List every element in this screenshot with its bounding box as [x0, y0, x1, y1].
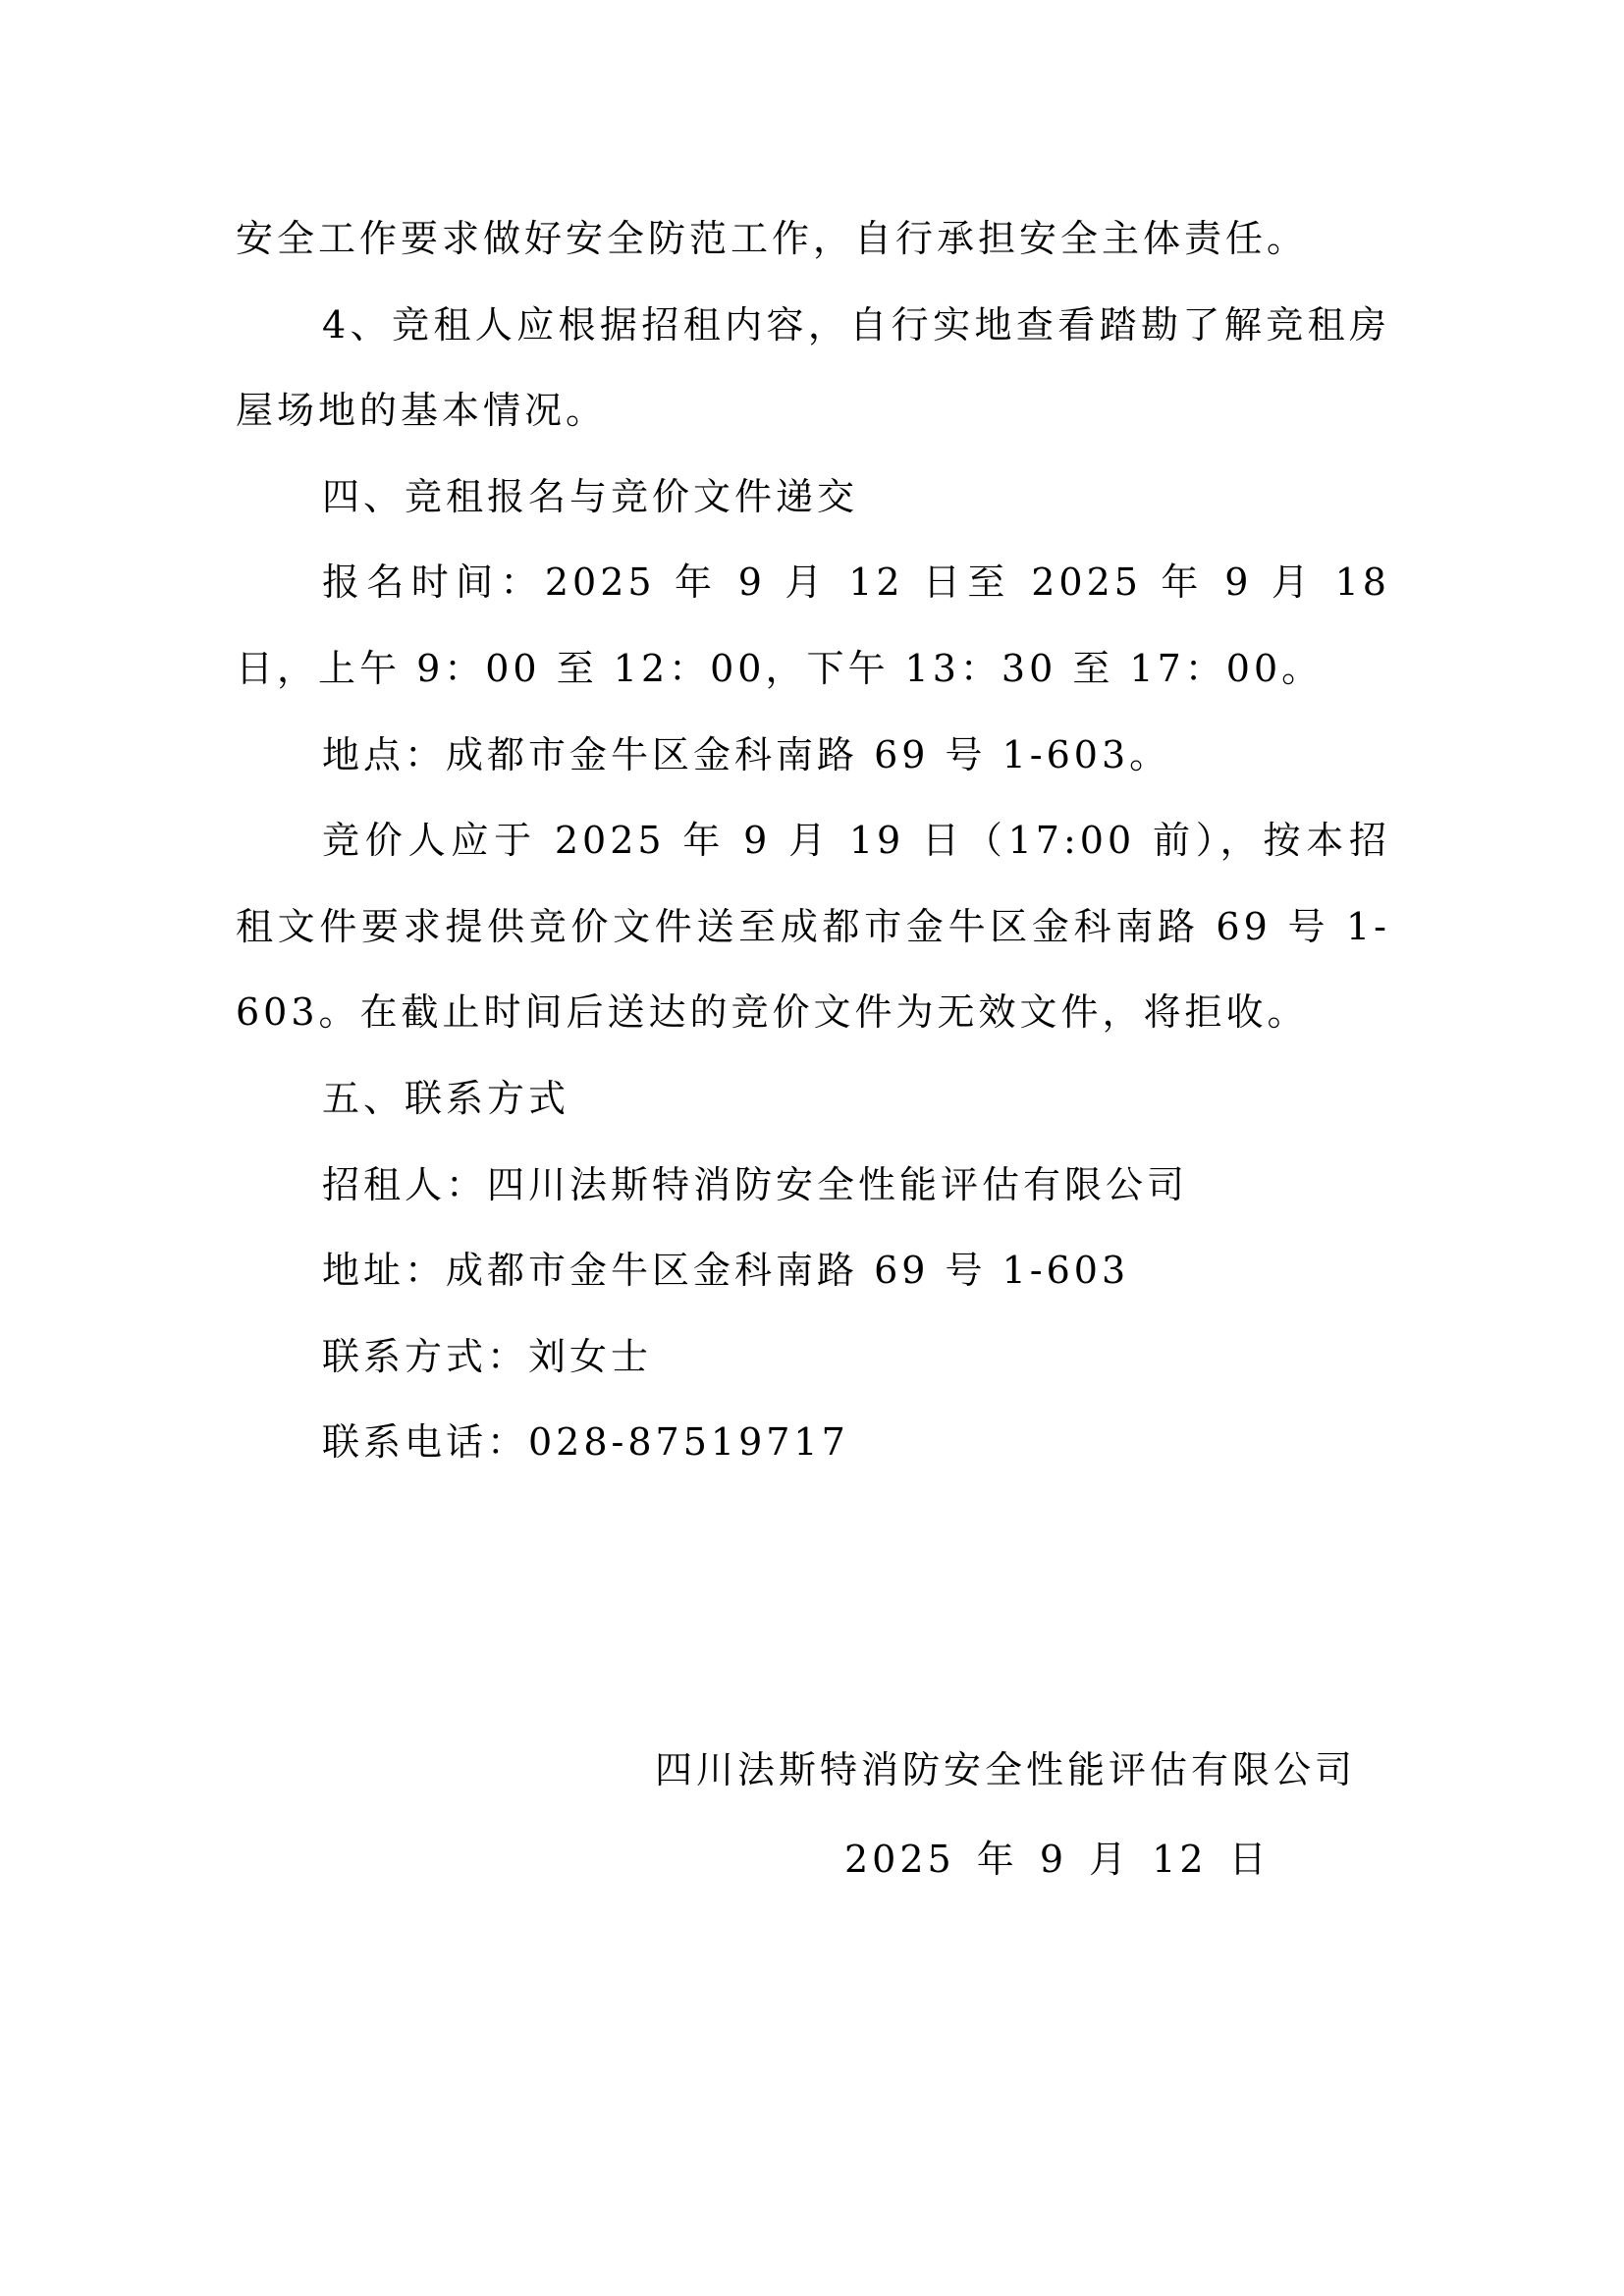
contact-person: 联系方式：刘女士 [236, 1314, 1390, 1401]
paragraph-registration-location: 地点：成都市金牛区金科南路 69 号 1-603。 [236, 713, 1390, 799]
contact-lessor: 招租人：四川法斯特消防安全性能评估有限公司 [236, 1143, 1390, 1229]
contact-phone: 联系电话：028-87519717 [236, 1400, 1390, 1486]
paragraph-registration-time: 报名时间：2025 年 9 月 12 日至 2025 年 9 月 18 日，上午… [236, 540, 1390, 712]
signature-date: 2025 年 9 月 12 日 [844, 1838, 1271, 1881]
document-body: 安全工作要求做好安全防范工作，自行承担安全主体责任。 4、竞租人应根据招租内容，… [236, 196, 1390, 1486]
section-heading-contact: 五、联系方式 [236, 1056, 1390, 1143]
paragraph-bid-submission: 竞价人应于 2025 年 9 月 19 日（17:00 前），按本招租文件要求提… [236, 798, 1390, 1056]
document-page: 安全工作要求做好安全防范工作，自行承担安全主体责任。 4、竞租人应根据招租内容，… [0, 0, 1624, 2296]
section-heading-registration: 四、竞租报名与竞价文件递交 [236, 454, 1390, 541]
signature-company: 四川法斯特消防安全性能评估有限公司 [655, 1748, 1356, 1791]
paragraph-site-inspection: 4、竞租人应根据招租内容，自行实地查看踏勘了解竞租房屋场地的基本情况。 [236, 283, 1390, 454]
contact-address: 地址：成都市金牛区金科南路 69 号 1-603 [236, 1228, 1390, 1314]
paragraph-safety-responsibility: 安全工作要求做好安全防范工作，自行承担安全主体责任。 [236, 196, 1390, 283]
